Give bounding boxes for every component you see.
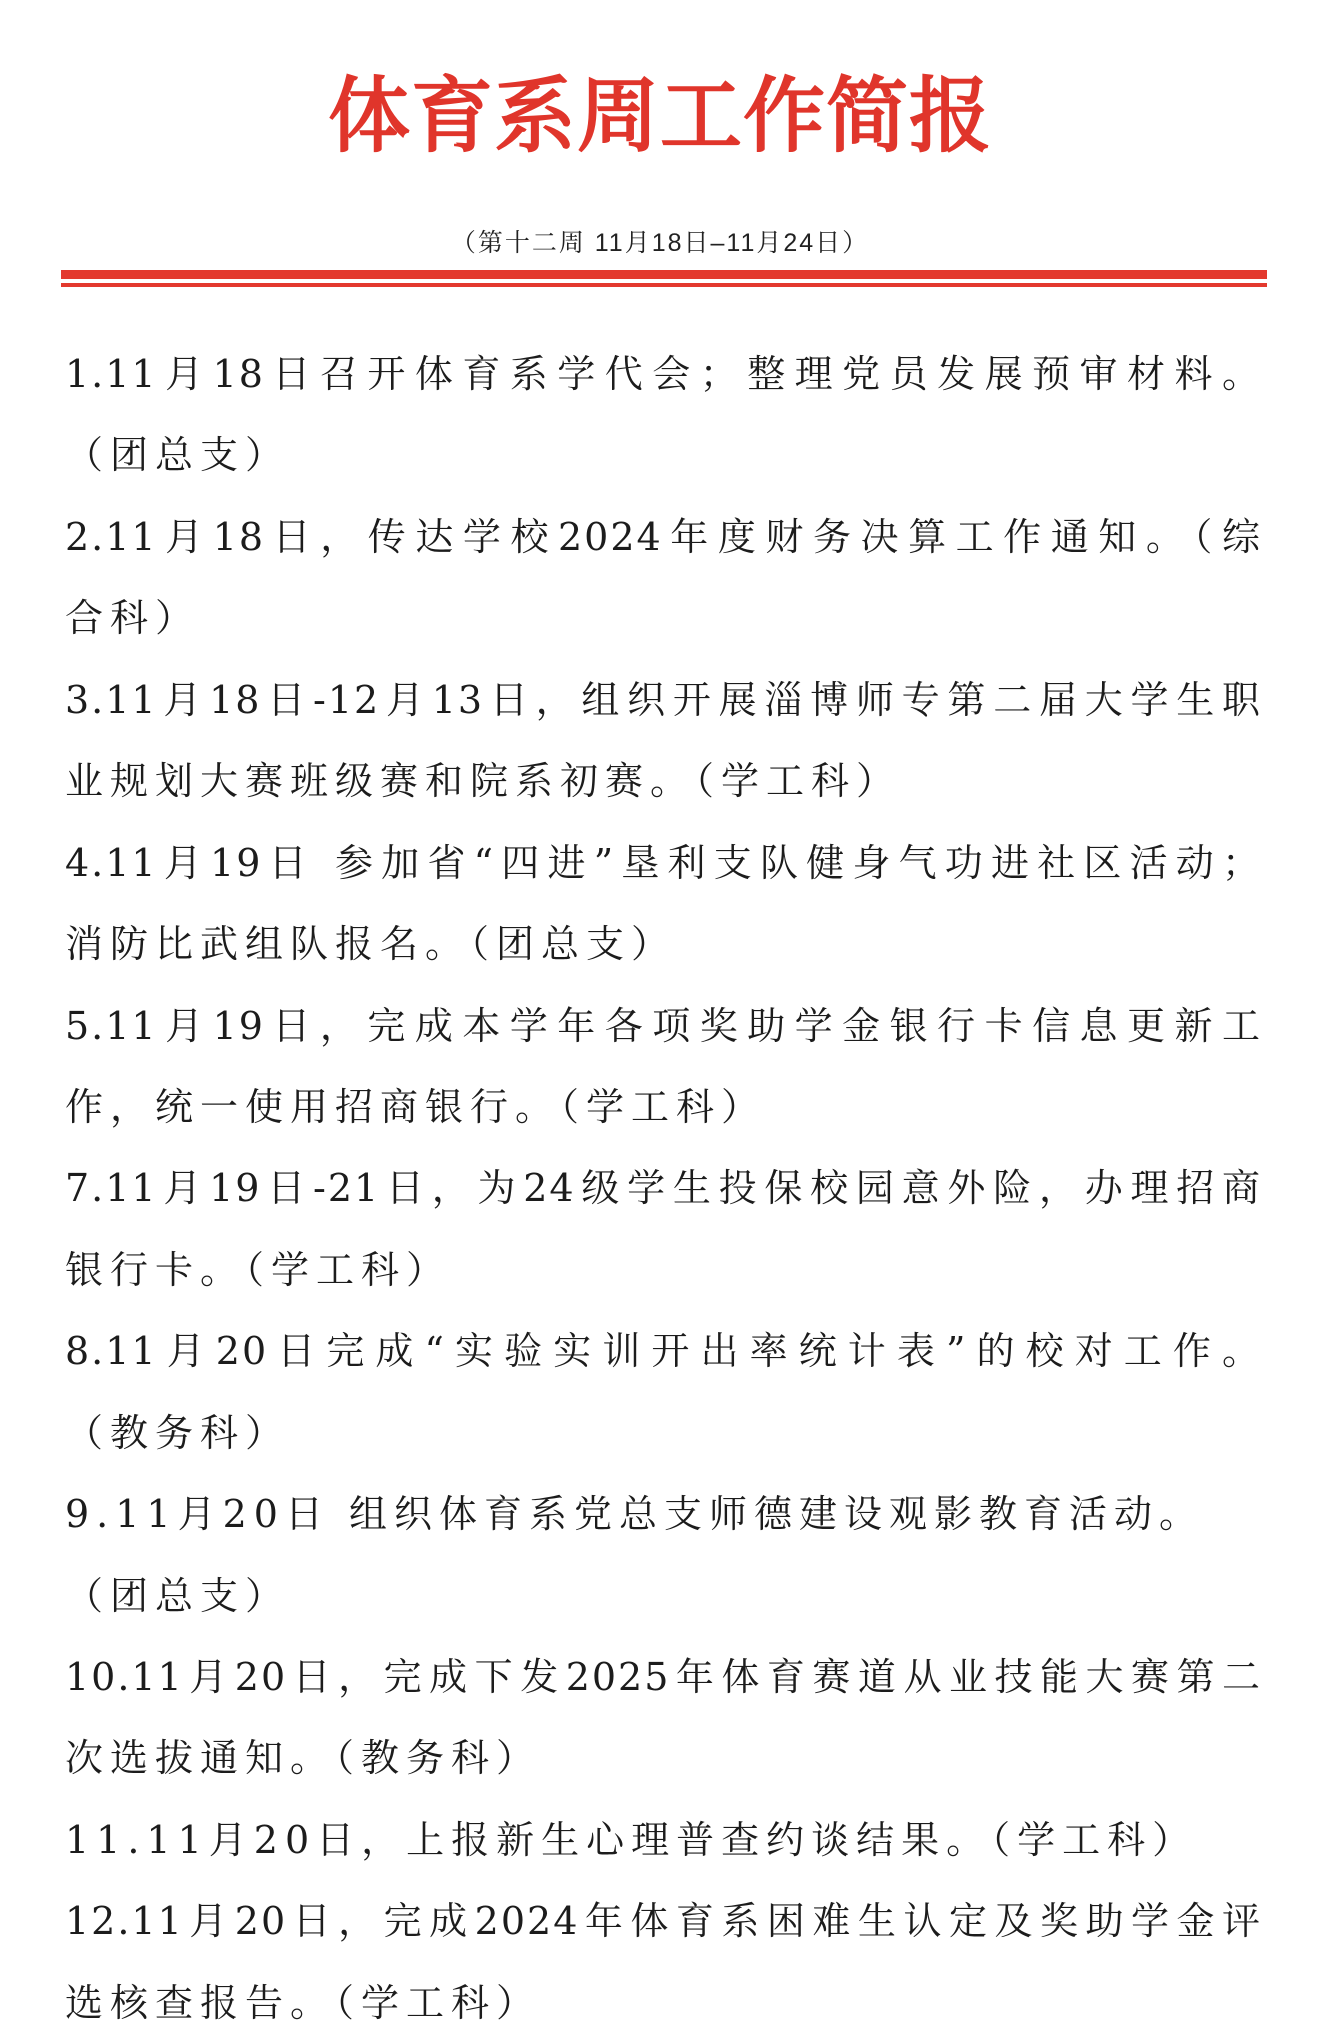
work-item-line: 8.11月20日完成“实验实训开出率统计表”的校对工作。 [65,1311,1262,1392]
header-divider-thin [61,283,1267,287]
work-item-line: 1.11月18日召开体育系学代会；整理党员发展预审材料。 [65,334,1262,415]
work-item-1: 1.11月18日召开体育系学代会；整理党员发展预审材料。 （团总支） [65,334,1262,497]
work-item-line: （教务科） [65,1393,1262,1474]
work-item-line: 银行卡。（学工科） [65,1230,1262,1311]
work-item-line: 2.11月18日，传达学校2024年度财务决算工作通知。（综 [65,497,1262,578]
work-item-4: 4.11月19日 参加省“四进”垦利支队健身气功进社区活动； 消防比武组队报名。… [65,823,1262,986]
work-item-7: 7.11月19日-21日，为24级学生投保校园意外险，办理招商 银行卡。（学工科… [65,1148,1262,1311]
work-item-line: 作，统一使用招商银行。（学工科） [65,1067,1262,1148]
work-item-line: 11.11月20日，上报新生心理普查约谈结果。（学工科） [65,1800,1262,1881]
work-item-line: 12.11月20日，完成2024年体育系困难生认定及奖助学金评 [65,1881,1262,1962]
work-item-line: 9.11月20日 组织体育系党总支师德建设观影教育活动。 [65,1474,1262,1555]
work-item-line: 10.11月20日，完成下发2025年体育赛道从业技能大赛第二 [65,1637,1262,1718]
work-item-3: 3.11月18日-12月13日，组织开展淄博师专第二届大学生职 业规划大赛班级赛… [65,660,1262,823]
work-items-list: 1.11月18日召开体育系学代会；整理党员发展预审材料。 （团总支） 2.11月… [65,334,1262,2038]
work-item-line: 合科） [65,578,1262,659]
work-item-line: 消防比武组队报名。（团总支） [65,904,1262,985]
work-item-line: （团总支） [65,415,1262,496]
header-divider-thick [61,270,1267,279]
work-item-line: 5.11月19日，完成本学年各项奖助学金银行卡信息更新工 [65,986,1262,1067]
work-item-11: 11.11月20日，上报新生心理普查约谈结果。（学工科） [65,1800,1262,1881]
work-item-line: 7.11月19日-21日，为24级学生投保校园意外险，办理招商 [65,1148,1262,1229]
work-item-10: 10.11月20日，完成下发2025年体育赛道从业技能大赛第二 次选拔通知。（教… [65,1637,1262,1800]
work-item-8: 8.11月20日完成“实验实训开出率统计表”的校对工作。 （教务科） [65,1311,1262,1474]
page-title: 体育系周工作简报 [0,68,1320,166]
work-item-line: 业规划大赛班级赛和院系初赛。（学工科） [65,741,1262,822]
work-item-12: 12.11月20日，完成2024年体育系困难生认定及奖助学金评 选核查报告。（学… [65,1881,1262,2038]
work-item-line: 4.11月19日 参加省“四进”垦利支队健身气功进社区活动； [65,823,1262,904]
work-item-line: 次选拔通知。（教务科） [65,1718,1262,1799]
work-item-5: 5.11月19日，完成本学年各项奖助学金银行卡信息更新工 作，统一使用招商银行。… [65,986,1262,1149]
week-range-subtitle: （第十二周 11月18日–11月24日） [0,228,1320,258]
work-item-line: 3.11月18日-12月13日，组织开展淄博师专第二届大学生职 [65,660,1262,741]
work-item-line: （团总支） [65,1556,1262,1637]
work-item-line: 选核查报告。（学工科） [65,1963,1262,2038]
work-item-9: 9.11月20日 组织体育系党总支师德建设观影教育活动。 （团总支） [65,1474,1262,1637]
work-item-2: 2.11月18日，传达学校2024年度财务决算工作通知。（综 合科） [65,497,1262,660]
